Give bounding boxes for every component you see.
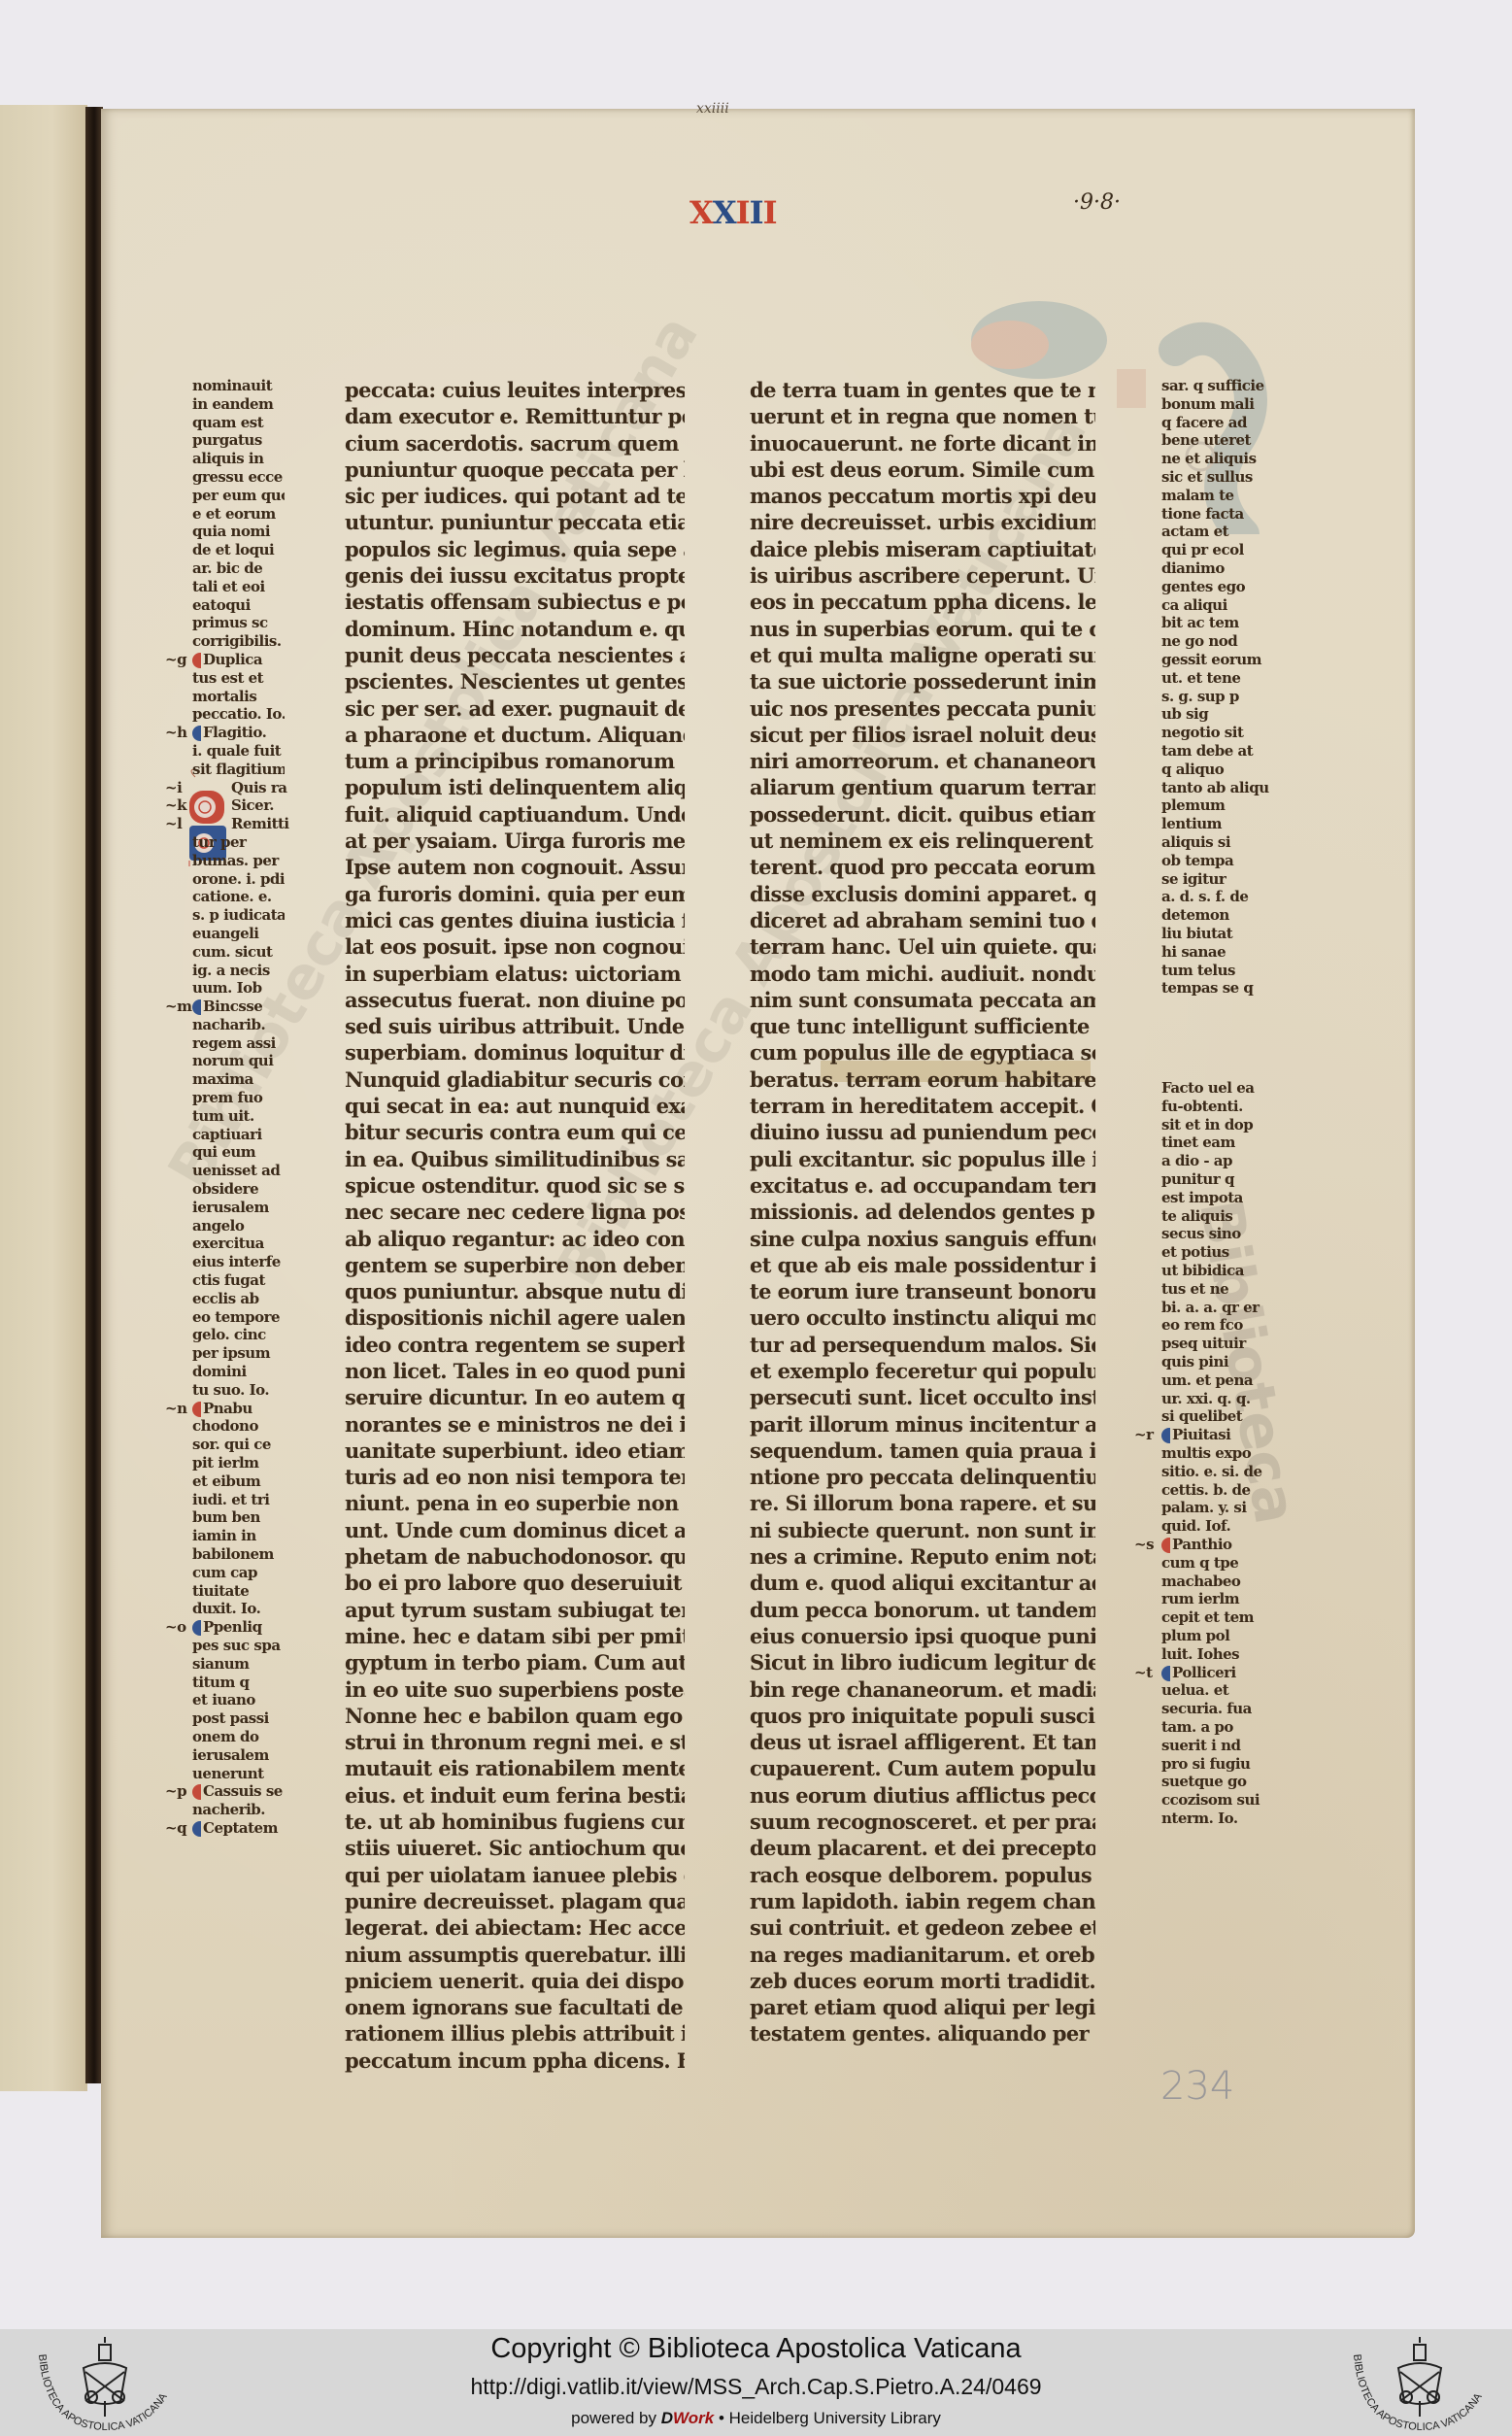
gloss-line: ne go nod [1161, 632, 1270, 651]
gloss-text: Ppenliq [203, 1618, 262, 1636]
gloss-reference-marker: ~k [165, 796, 186, 815]
gloss-line: eius interfe [192, 1253, 285, 1271]
gloss-text: Sicer. [231, 796, 274, 814]
gloss-line: secus sino [1161, 1225, 1270, 1243]
text-line: turis ad eo non nisi tempora tem inuc [345, 1464, 685, 1490]
gloss-line: detemon [1161, 906, 1270, 925]
gloss-line: gentes ego [1161, 578, 1270, 596]
gloss-line: mortalis [192, 688, 285, 706]
copyright-footer: BIBLIOTECA APOSTOLICA VATICANA Copyright… [0, 2329, 1512, 2436]
gloss-text: ccozisom sui [1161, 1791, 1260, 1809]
text-line: a pharaone et ductum. Aliquando presente… [345, 722, 685, 748]
text-line: utuntur. puniuntur peccata etiam per [345, 509, 685, 535]
rubric-initial-icon [192, 1784, 201, 1800]
top-catchword: xxiiii [696, 101, 729, 117]
gloss-text: cum cap [192, 1564, 257, 1581]
gloss-line: Polliceri~t [1161, 1664, 1270, 1682]
gloss-line: bit ac tem [1161, 614, 1270, 632]
running-head-letter: I [763, 194, 777, 231]
gloss-line: Sicer.~k [192, 796, 285, 815]
gloss-text: tiuitate [192, 1582, 249, 1600]
gloss-text: Remitti [231, 815, 289, 832]
gloss-line: negotio sit [1161, 724, 1270, 742]
text-line: lat eos posuit. ipse non cognouit. quia [345, 933, 685, 960]
text-line: excitatus e. ad occupandam terram pro [750, 1172, 1095, 1199]
gloss-line: Duplica~g [192, 651, 285, 669]
gloss-column-left: nominauitin eandemquam estpurgatusaliqui… [192, 377, 285, 1838]
gloss-text: et iuano [192, 1691, 255, 1709]
gloss-line: est impota [1161, 1189, 1270, 1207]
gloss-text: bum ben [192, 1508, 260, 1526]
gloss-text: per ipsum [192, 1344, 270, 1362]
gloss-line: fu-obtenti. [1161, 1098, 1270, 1116]
gloss-line: eatoqui [192, 596, 285, 615]
gloss-text: nacherib. [192, 1801, 265, 1818]
gloss-line: cepit et tem [1161, 1608, 1270, 1627]
gloss-line: suerit i nd [1161, 1737, 1270, 1755]
text-line: na reges madianitarum. et oreb et [750, 1942, 1095, 1968]
gloss-line: tur per [192, 833, 285, 852]
gloss-line: ccozisom sui [1161, 1791, 1270, 1810]
text-line: bin rege chananeorum. et madianitis [750, 1676, 1095, 1703]
facing-page-edge [0, 105, 87, 2091]
gloss-text: obsidere [192, 1180, 258, 1198]
gloss-line: catione. e. [192, 888, 285, 906]
gloss-line: babilonem [192, 1545, 285, 1564]
text-line: peccatum incum ppha dicens. Est ti [345, 2047, 685, 2074]
gloss-line: si quelibet [1161, 1407, 1270, 1426]
gloss-text: machabeo [1161, 1573, 1240, 1590]
text-line: rationem illius plebis attribuit i [345, 2020, 685, 2047]
text-line: phetam de nabuchodonosor. quod da [345, 1543, 685, 1570]
gloss-text: duxit. Io. [192, 1600, 260, 1617]
gloss-line: sic et sullus [1161, 468, 1270, 487]
gloss-reference-marker: ~n [165, 1400, 186, 1418]
gloss-text: et eibum [192, 1472, 260, 1490]
gloss-line: onem do [192, 1728, 285, 1746]
gloss-line: cum. sicut [192, 943, 285, 962]
gloss-text: tur per [192, 833, 246, 851]
running-head-letter: X [689, 194, 713, 231]
gloss-line: ut bibidica [1161, 1262, 1270, 1280]
gloss-text: captiuari [192, 1126, 262, 1143]
text-line: dum pecca bonorum. ut tandem pro [750, 1597, 1095, 1623]
gloss-line: machabeo [1161, 1573, 1270, 1591]
gloss-line: tali et eoi [192, 578, 285, 596]
gloss-line: tu suo. Io. [192, 1381, 285, 1400]
gloss-line: angelo [192, 1217, 285, 1235]
text-line: pniciem uenerit. quia dei dispositi [345, 1968, 685, 1994]
gloss-text: cum q tpe [1161, 1554, 1238, 1572]
gloss-line: prem fuo [192, 1089, 285, 1107]
gloss-text: Ceptatem [203, 1819, 278, 1837]
gloss-text: bumas. per [192, 852, 279, 869]
text-line: te. ut ab hominibus fugiens cum be [345, 1809, 685, 1835]
gloss-line: Quis ra~i [192, 779, 285, 797]
gloss-line: sitio. e. si. de [1161, 1463, 1270, 1481]
text-line: beratus. terram eorum habitare permissus… [750, 1066, 1095, 1093]
text-line: puli excitantur. sic populus ille iudeus [750, 1146, 1095, 1172]
gloss-text: Flagitio. [203, 724, 266, 741]
gloss-text: cepit et tem [1161, 1608, 1254, 1626]
gloss-line: suetque go [1161, 1773, 1270, 1791]
text-line: de terra tuam in gentes que te non no [750, 377, 1095, 403]
ink-folio-number: ·9·8· [1073, 190, 1121, 215]
gloss-line: lentium [1161, 815, 1270, 833]
gloss-text: prem fuo [192, 1089, 262, 1106]
text-line: re. Si illorum bona rapere. et sue diuin… [750, 1490, 1095, 1516]
gloss-text: per eum quod [192, 487, 285, 504]
text-line: disse exclusis domini apparet. qui dixit [750, 881, 1095, 907]
gloss-text: uenerunt [192, 1765, 264, 1782]
text-line: quos pro iniquitate populi suscitauit eo… [750, 1703, 1095, 1729]
gloss-line: maxima [192, 1070, 285, 1089]
gloss-text: cum. sicut [192, 943, 272, 961]
gloss-line: um. et pena [1161, 1371, 1270, 1390]
gloss-line: plemum [1161, 796, 1270, 815]
gloss-line: uenisset ad [192, 1162, 285, 1180]
pencil-folio-number: 234 [1160, 2064, 1234, 2109]
text-line: ta sue uictorie possederunt inimico a [750, 668, 1095, 694]
gloss-line: nterm. Io. [1161, 1810, 1270, 1828]
gloss-line: tum telus [1161, 962, 1270, 980]
gloss-line: ur. xxi. q. q. [1161, 1390, 1270, 1408]
text-line: nus in superbias eorum. qui te contri [750, 616, 1095, 642]
gloss-line: Remitti~l [192, 815, 285, 833]
gloss-text: tus et ne [1161, 1280, 1228, 1298]
text-line: onem ignorans sue facultati de ua [345, 1994, 685, 2020]
running-head-letter: X [713, 194, 736, 231]
gloss-line: euangeli [192, 925, 285, 943]
rubric-initial-icon [192, 653, 201, 668]
gloss-line: ub sig [1161, 705, 1270, 724]
gloss-text: Cassuis se [203, 1782, 283, 1800]
text-line: qui per uiolatam ianuee plebis domino [345, 1862, 685, 1888]
text-line: deus ut israel affligerent. Et tam eorum… [750, 1729, 1095, 1755]
text-line: pscientes. Nescientes ut gentes quas [345, 668, 685, 694]
gloss-line: palam. y. si [1161, 1499, 1270, 1517]
gloss-line: quia nomi [192, 523, 285, 541]
text-line: nim sunt consumata peccata amorreorum. [750, 987, 1095, 1013]
gloss-text: norum qui [192, 1052, 273, 1069]
text-line: cupauerent. Cum autem populus dei sibi m… [750, 1755, 1095, 1781]
text-line: in ea. Quibus similitudinibus satis per [345, 1146, 685, 1172]
text-line: strui in thronum regni mei. e statim i [345, 1729, 685, 1755]
gloss-column-right: sar. q sufficiebonum maliq facere adbene… [1161, 377, 1270, 1828]
gloss-line: nacharib. [192, 1016, 285, 1034]
text-line: gyptum in terbo piam. Cum autem [345, 1649, 685, 1675]
text-line: assecutus fuerat. non diuine potentie [345, 987, 685, 1013]
gloss-reference-marker: ~m [165, 998, 191, 1016]
source-url[interactable]: http://digi.vatlib.it/view/MSS_Arch.Cap.… [0, 2374, 1512, 2400]
running-head: XXIII [689, 194, 777, 231]
gloss-reference-marker: ~q [165, 1819, 186, 1838]
text-line: et exemplo feceretur qui populum delinqu… [750, 1358, 1095, 1384]
gloss-line: norum qui [192, 1052, 285, 1070]
gloss-line: pit ierlm [192, 1454, 285, 1472]
gloss-text: tali et eoi [192, 578, 265, 595]
text-line: parit illorum minus incitentur ad p [750, 1411, 1095, 1438]
gloss-line: ar. bic de [192, 559, 285, 578]
gloss-line: tinet eam [1161, 1133, 1270, 1152]
gloss-text: pseq uituir [1161, 1335, 1246, 1352]
gloss-line: sianum [192, 1655, 285, 1674]
gloss-text: plum pol [1161, 1627, 1229, 1644]
text-line: mine. hec e datam sibi per pmitia [345, 1623, 685, 1649]
gloss-line: uenerunt [192, 1765, 285, 1783]
gloss-line: titum q [192, 1674, 285, 1692]
gloss-text: punitur q [1161, 1170, 1234, 1188]
copyright-text: Copyright © Biblioteca Apostolica Vatica… [0, 2333, 1512, 2365]
text-line: diuino iussu ad puniendum peccata po [750, 1119, 1095, 1145]
gloss-line: tempas se q [1161, 979, 1270, 998]
gloss-line: cum q tpe [1161, 1554, 1270, 1573]
dwork-logo-text[interactable]: DWork [661, 2409, 714, 2427]
gloss-line: ierusalem [192, 1199, 285, 1217]
gloss-text: corrigibilis. [192, 632, 282, 650]
text-line: te eorum iure transeunt bonorum. Et [750, 1278, 1095, 1304]
text-line: nus eorum diutius afflictus peccata [750, 1782, 1095, 1809]
text-line: cum populus ille de egyptiaca seruitute … [750, 1039, 1095, 1066]
text-line: testatem gentes. aliquando per pa [750, 2020, 1095, 2047]
text-line: Ipse autem non cognouit. Assur etiam ui [345, 854, 685, 880]
gloss-text: quid. Iof. [1161, 1517, 1230, 1535]
gloss-text: eo rem fco [1161, 1316, 1243, 1334]
gloss-text: babilonem [192, 1545, 274, 1563]
gloss-line: ctis fugat [192, 1271, 285, 1290]
gloss-reference-marker: ~t [1134, 1664, 1153, 1682]
text-line: que tunc intelligunt sufficiente consuma… [750, 1013, 1095, 1039]
gloss-text: tum uit. [192, 1107, 254, 1125]
text-line: niri amorreorum. et chananeorum et [750, 748, 1095, 774]
gloss-line: corrigibilis. [192, 632, 285, 651]
text-line: bo ei pro labore quo deseruiuit michi [345, 1570, 685, 1596]
text-line: sed suis uiribus attribuit. Unde contra [345, 1013, 685, 1039]
gloss-line: tus est et [192, 669, 285, 688]
gloss-line: securia. fua [1161, 1700, 1270, 1718]
gloss-text: luit. Iohes [1161, 1645, 1239, 1663]
text-line: legerat. dei abiectam: Hec acceptis nam [345, 1914, 685, 1941]
gloss-line: s. p iudicata [192, 906, 285, 925]
gloss-text: securia. fua [1161, 1700, 1252, 1717]
gloss-line: post passi [192, 1709, 285, 1728]
text-line: gentem se superbire non debent: sic illi… [345, 1252, 685, 1278]
text-line: dum e. quod aliqui excitantur ad punie [750, 1570, 1095, 1596]
text-line: mutauit eis rationabilem mentem [345, 1755, 685, 1781]
gloss-line: eo rem fco [1161, 1316, 1270, 1335]
text-line: nire decreuisset. urbis excidium et iu [750, 509, 1095, 535]
gloss-text: suetque go [1161, 1773, 1246, 1790]
gloss-line: Ppenliq~o [192, 1618, 285, 1637]
text-line: sicut per filios israel noluit deus pecc… [750, 722, 1095, 748]
gloss-text: est impota [1161, 1189, 1243, 1206]
gloss-text: palam. y. si [1161, 1499, 1247, 1516]
gloss-text: s. p iudicata [192, 906, 285, 924]
gloss-line: per eum quod [192, 487, 285, 505]
text-line: niunt. pena in eo superbie non effugi [345, 1490, 685, 1516]
gloss-text: de et loqui [192, 541, 274, 558]
text-line: possederunt. dicit. quibus etiam precipi [750, 801, 1095, 828]
gloss-text: sitio. e. si. de [1161, 1463, 1262, 1480]
text-line: sequendum. tamen quia praua inte [750, 1438, 1095, 1464]
gloss-text: a dio - ap [1161, 1152, 1232, 1169]
gloss-line: malam te [1161, 487, 1270, 505]
text-line: non licet. Tales in eo quod puniunt deo [345, 1358, 685, 1384]
running-head-letter: I [750, 194, 763, 231]
text-line: deum placarent. et dei precepto et bar [750, 1835, 1095, 1861]
gloss-text: suerit i nd [1161, 1737, 1240, 1754]
gloss-line: iamin in [192, 1527, 285, 1545]
gloss-text: onem do [192, 1728, 259, 1745]
gloss-reference-marker: ~o [165, 1618, 186, 1637]
gloss-line: tiuitate [192, 1582, 285, 1601]
text-line: norantes se e ministros ne dei impia [345, 1411, 685, 1438]
gloss-text: chodono [192, 1417, 258, 1435]
gloss-line: cum cap [192, 1564, 285, 1582]
powered-prefix: powered by [571, 2409, 661, 2427]
gloss-line: a. d. s. f. de [1161, 888, 1270, 906]
gloss-line: aliquis in [192, 450, 285, 468]
powered-by-line: powered by DWork • Heidelberg University… [0, 2409, 1512, 2428]
rubric-initial-icon [192, 1402, 201, 1417]
gloss-text: bi. a. a. qr er [1161, 1299, 1260, 1316]
gloss-text: domini [192, 1363, 247, 1380]
gloss-line: cettis. b. de [1161, 1481, 1270, 1500]
text-line: ut neminem ex eis relinquerent uiuentem. [750, 828, 1095, 854]
gloss-line: luit. Iohes [1161, 1645, 1270, 1664]
gloss-text: angelo [192, 1217, 244, 1235]
gloss-text: gressu ecce [192, 468, 283, 486]
vatican-library-seal-icon: BIBLIOTECA APOSTOLICA VATICANA [1342, 2333, 1502, 2436]
text-line: et que ab eis male possidentur inius [750, 1252, 1095, 1278]
gloss-text: pes suc spa [192, 1637, 281, 1654]
gloss-line: q aliquo [1161, 761, 1270, 779]
text-line: daice plebis miseram captiuitatem su [750, 536, 1095, 562]
gloss-line: rum ierlm [1161, 1590, 1270, 1608]
gloss-line: sar. q sufficie [1161, 377, 1270, 395]
gloss-line: ecclis ab [192, 1290, 285, 1308]
gloss-line: hi sanae [1161, 943, 1270, 962]
gloss-text: exercitua [192, 1235, 264, 1252]
text-line: sui contriuit. et gedeon zebee et salma [750, 1914, 1095, 1941]
rubric-initial-icon [192, 1620, 201, 1636]
gloss-text: quam est [192, 414, 263, 431]
gloss-line: sit et in dop [1161, 1116, 1270, 1134]
gloss-text: pro si fugiu [1161, 1755, 1250, 1773]
gloss-line: ig. a necis [192, 962, 285, 980]
main-text-column-1: peccata: cuius leuites interpres et quid… [345, 377, 685, 2074]
gloss-text: in eandem [192, 395, 273, 413]
gloss-gap [1161, 998, 1270, 1079]
text-line: ntione pro peccata delinquentium puni [750, 1464, 1095, 1490]
text-line: zeb duces eorum morti tradidit. Ap [750, 1968, 1095, 1994]
gloss-text: tam. a po [1161, 1718, 1233, 1736]
text-line: uero occulto instinctu aliqui mouen [750, 1304, 1095, 1331]
running-head-letter: I [736, 194, 750, 231]
text-line: aput tyrum sustam subiugat terra do [345, 1597, 685, 1623]
text-line: inuocauerunt. ne forte dicant in gentibu… [750, 430, 1095, 457]
text-line: eos in peccatum ppha dicens. leuamus ma [750, 589, 1095, 615]
gloss-text: Facto uel ea [1161, 1079, 1254, 1097]
text-line: punit deus peccata nescientes aliqui [345, 642, 685, 668]
text-line: sic per iudices. qui potant ad tempus [345, 483, 685, 509]
gloss-line: Bincsse~m [192, 998, 285, 1016]
text-line: punire decreuisset. plagam quam ex [345, 1888, 685, 1914]
gloss-text: Piuitasi [1172, 1426, 1230, 1443]
gloss-line: a dio - ap [1161, 1152, 1270, 1170]
gloss-line: pseq uituir [1161, 1335, 1270, 1353]
text-line: superbiam. dominus loquitur dicens. [345, 1039, 685, 1066]
gloss-reference-marker: ~h [165, 724, 186, 742]
gloss-text: orone. i. pdi [192, 870, 285, 888]
text-line: is uiribus ascribere ceperunt. Unde cont… [750, 562, 1095, 589]
text-line: genis dei iussu excitatus propter diuine… [345, 562, 685, 589]
text-line: missionis. ad delendos gentes peccantes [750, 1199, 1095, 1225]
gloss-line: Piuitasi~r [1161, 1426, 1270, 1444]
text-line: ideo contra regentem se superbire eis [345, 1332, 685, 1358]
gloss-text: pit ierlm [192, 1454, 259, 1472]
gloss-text: cettis. b. de [1161, 1481, 1251, 1499]
gloss-text: titum q [192, 1674, 250, 1691]
gloss-text: uelua. et [1161, 1681, 1228, 1699]
gloss-line: ne et aliquis [1161, 450, 1270, 468]
gloss-line: i. quale fuit [192, 742, 285, 761]
gloss-text: ecclis ab [192, 1290, 259, 1307]
text-line: tum a principibus romanorum [345, 748, 685, 774]
gloss-line: primus sc [192, 614, 285, 632]
gloss-line: nominauit [192, 377, 285, 395]
text-line: uerunt et in regna que nomen tuum non [750, 403, 1095, 429]
gloss-line: pes suc spa [192, 1637, 285, 1655]
gloss-text: sit et in dop [1161, 1116, 1253, 1133]
gloss-line: Flagitio.~h [192, 724, 285, 742]
gloss-line: e et eorum [192, 505, 285, 524]
text-line: terent. quod pro peccata eorum illis acc… [750, 854, 1095, 880]
gloss-line: qui pr ecol [1161, 541, 1270, 559]
text-line: cium sacerdotis. sacrum quem ministerium [345, 430, 685, 457]
gloss-text: tus est et [192, 669, 263, 687]
gloss-line: duxit. Io. [192, 1600, 285, 1618]
gloss-text: eo tempore [192, 1308, 280, 1326]
gloss-line: aliquis si [1161, 833, 1270, 852]
gloss-line: dianimo [1161, 559, 1270, 578]
gloss-line: Facto uel ea [1161, 1079, 1270, 1098]
text-line: nec secare nec cedere ligna possunt ni [345, 1199, 685, 1225]
gloss-line: multis expo [1161, 1444, 1270, 1463]
text-line: diceret ad abraham semini tuo dabo [750, 907, 1095, 933]
main-text-column-2: de terra tuam in gentes que te non nouer… [750, 377, 1095, 2047]
gloss-line: exercitua [192, 1235, 285, 1253]
text-line: unt. Unde cum dominus dicet ad pro [345, 1517, 685, 1543]
text-line: puniuntur quoque peccata per homine [345, 457, 685, 483]
gloss-text: fu-obtenti. [1161, 1098, 1243, 1115]
gloss-line: uelua. et [1161, 1681, 1270, 1700]
gloss-line: tanto ab aliqu [1161, 779, 1270, 797]
text-line: nium assumptis querebatur. illis in [345, 1942, 685, 1968]
gloss-line: tus et ne [1161, 1280, 1270, 1299]
text-line: dominum. Hinc notandum e. quod aliquando [345, 616, 685, 642]
gloss-line: gessit eorum [1161, 651, 1270, 669]
gloss-text: nominauit [192, 377, 272, 394]
gloss-line: qui eum [192, 1143, 285, 1162]
gloss-text: tu suo. Io. [192, 1381, 269, 1399]
text-line: suum recognosceret. et per praam sibi [750, 1809, 1095, 1835]
text-line: nes a crimine. Reputo enim notan [750, 1543, 1095, 1570]
gloss-line: et eibum [192, 1472, 285, 1491]
text-line: quos puniuntur. absque nutu diuine [345, 1278, 685, 1304]
gloss-text: multis expo [1161, 1444, 1251, 1462]
gloss-line: ob tempa [1161, 852, 1270, 870]
